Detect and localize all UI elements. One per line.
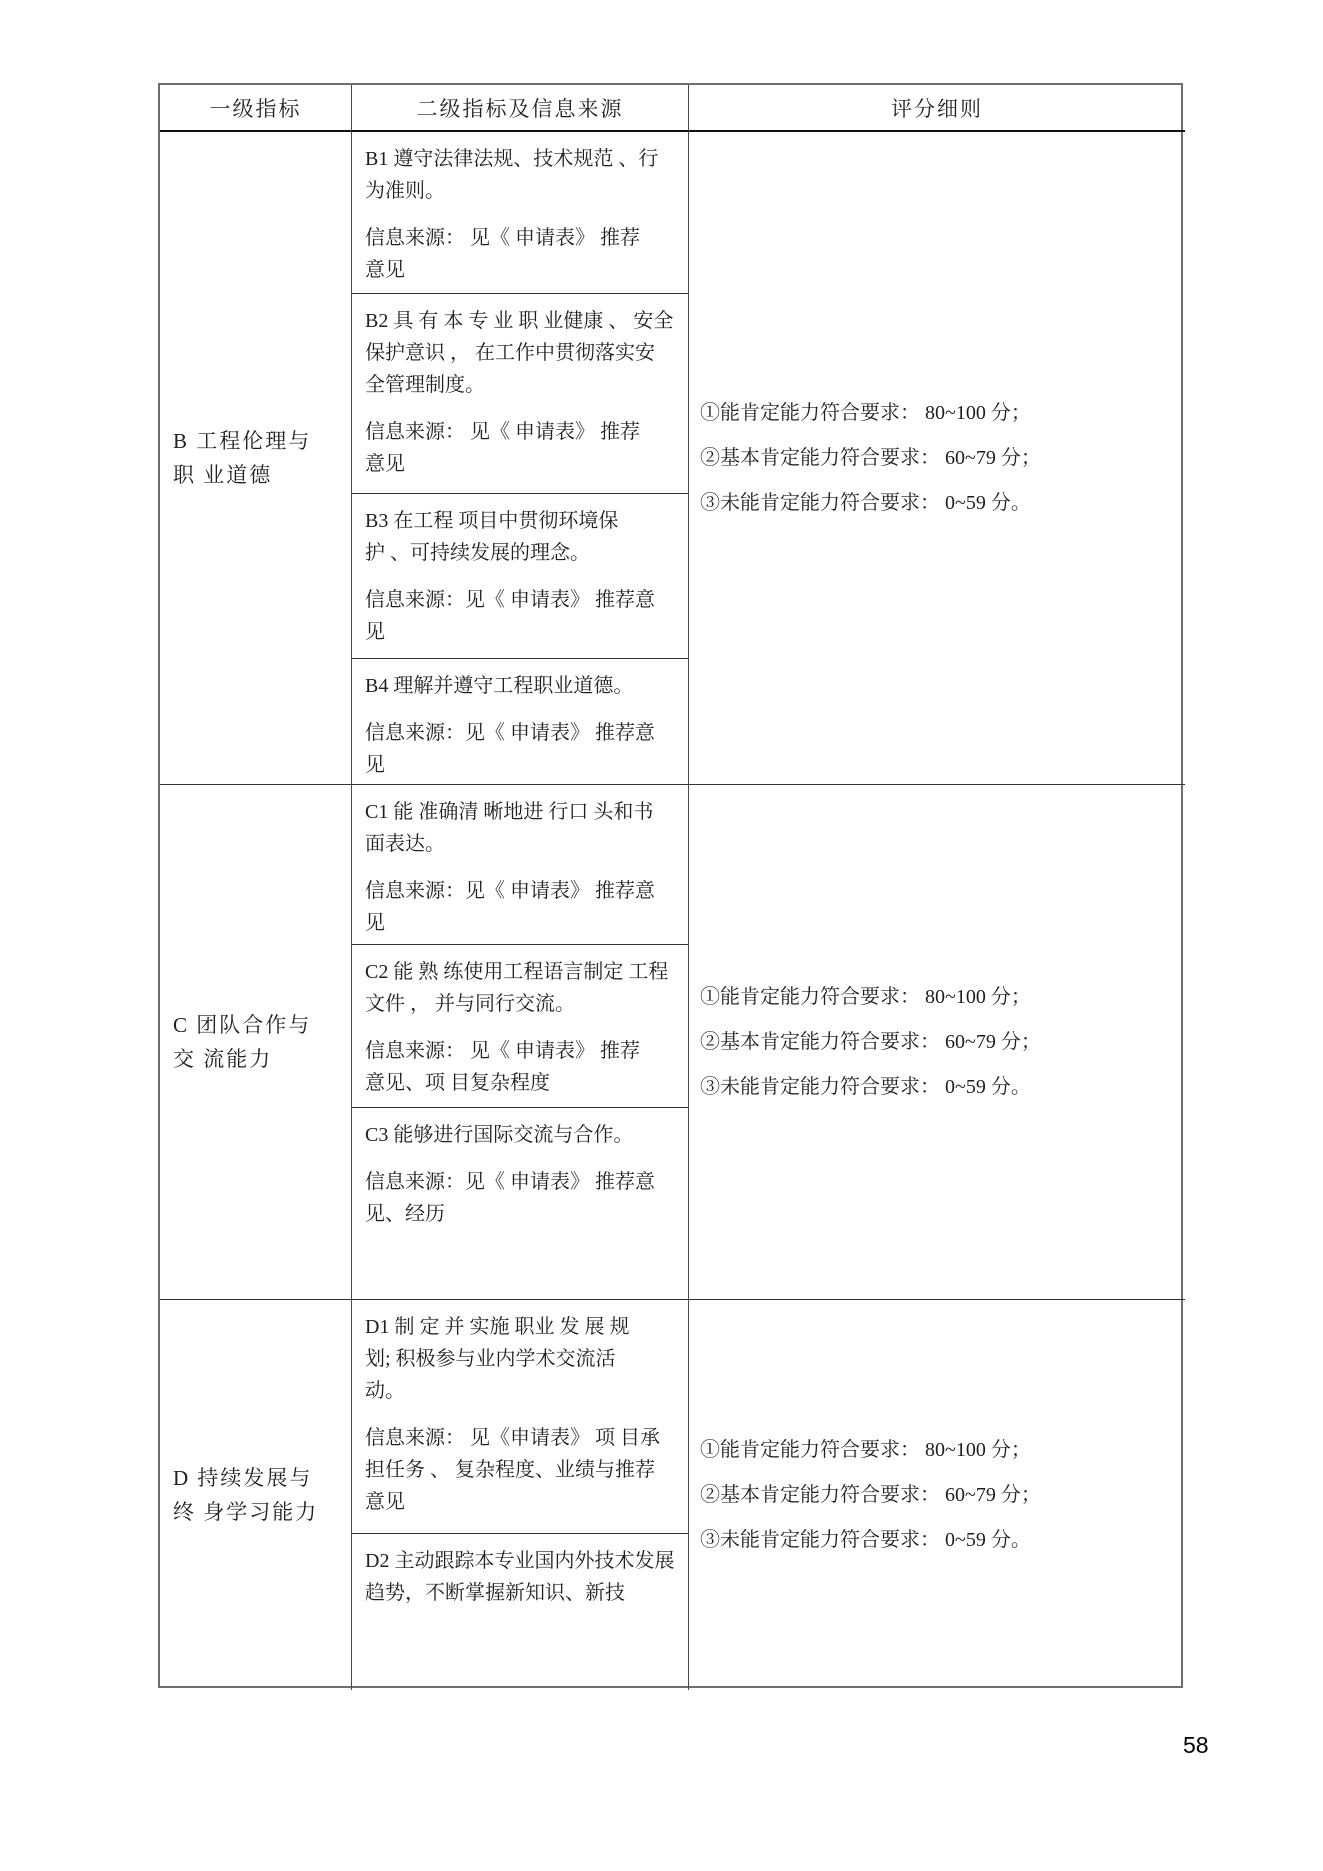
subindicator-cell-B3: B3 在工程 项目中贯彻环境保 护 、可持续发展的理念。信息来源：见《 申请表》… xyxy=(352,494,688,659)
header-level2-indicator-source: 二级指标及信息来源 xyxy=(352,85,689,132)
subindicator-column-D: D1 制 定 并 实施 职业 发 展 规 划; 积极参与业内学术交流活 动。信息… xyxy=(352,1300,689,1690)
document-page: 一级指标 二级指标及信息来源 评分细则 B 工程伦理与 职 业道德 B1 遵守法… xyxy=(0,0,1323,1871)
header-scoring-rules: 评分细则 xyxy=(689,85,1185,132)
scoring-cell-B: ①能肯定能力符合要求： 80~100 分；②基本肯定能力符合要求： 60~79 … xyxy=(689,132,1185,785)
page-number: 58 xyxy=(1183,1732,1209,1759)
category-cell-C-teamwork-communication: C 团队合作与 交 流能力 xyxy=(160,785,352,1300)
subindicator-column-C: C1 能 准确清 晰地进 行口 头和书 面表达。信息来源：见《 申请表》 推荐意… xyxy=(352,785,689,1300)
subindicator-cell-C3: C3 能够进行国际交流与合作。信息来源：见《 申请表》 推荐意 见、经历 xyxy=(352,1108,688,1299)
subindicator-cell-B2: B2 具 有 本 专 业 职 业健康 、 安全 保护意识 ， 在工作中贯彻落实安… xyxy=(352,294,688,494)
scoring-cell-D: ①能肯定能力符合要求： 80~100 分；②基本肯定能力符合要求： 60~79 … xyxy=(689,1300,1185,1690)
subindicator-cell-B1: B1 遵守法律法规、技术规范 、行 为准则。信息来源： 见《 申请表》 推荐 意… xyxy=(352,132,688,294)
scoring-cell-C: ①能肯定能力符合要求： 80~100 分；②基本肯定能力符合要求： 60~79 … xyxy=(689,785,1185,1300)
category-cell-D-lifelong-learning: D 持续发展与 终 身学习能力 xyxy=(160,1300,352,1690)
category-cell-B-engineering-ethics: B 工程伦理与 职 业道德 xyxy=(160,132,352,785)
header-level1-indicator: 一级指标 xyxy=(160,85,352,132)
subindicator-cell-D1: D1 制 定 并 实施 职业 发 展 规 划; 积极参与业内学术交流活 动。信息… xyxy=(352,1300,688,1534)
subindicator-cell-B4: B4 理解并遵守工程职业道德。信息来源：见《 申请表》 推荐意 见 xyxy=(352,659,688,784)
subindicator-cell-D2: D2 主动跟踪本专业国内外技术发展 趋势，不断掌握新知识、新技 xyxy=(352,1534,688,1690)
subindicator-cell-C2: C2 能 熟 练使用工程语言制定 工程 文件 ， 并与同行交流。信息来源： 见《… xyxy=(352,945,688,1108)
evaluation-criteria-table: 一级指标 二级指标及信息来源 评分细则 B 工程伦理与 职 业道德 B1 遵守法… xyxy=(158,83,1183,1688)
subindicator-column-B: B1 遵守法律法规、技术规范 、行 为准则。信息来源： 见《 申请表》 推荐 意… xyxy=(352,132,689,785)
subindicator-cell-C1: C1 能 准确清 晰地进 行口 头和书 面表达。信息来源：见《 申请表》 推荐意… xyxy=(352,785,688,945)
